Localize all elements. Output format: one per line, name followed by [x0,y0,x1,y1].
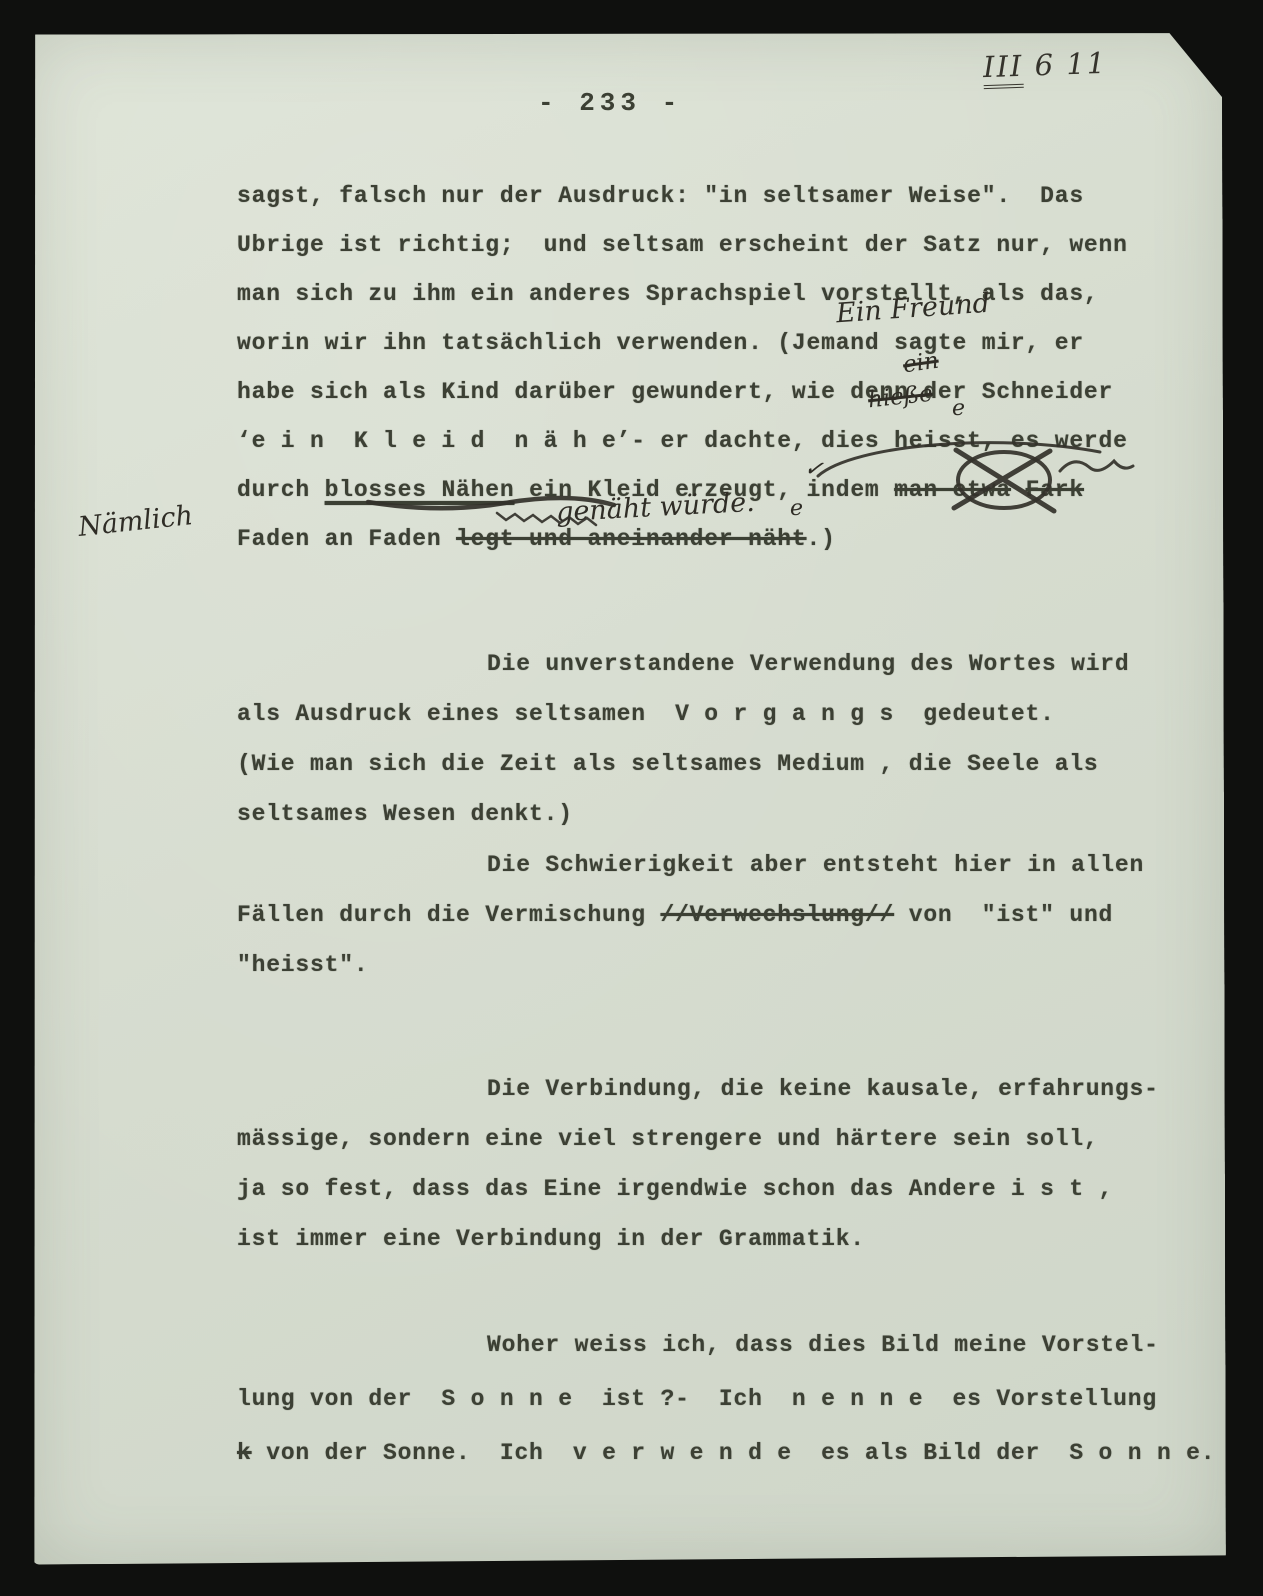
typed-paragraph: Die Schwierigkeit aber entsteht hier in … [237,840,1144,990]
typed-line: k von der Sonne. Ich v e r w e n d e es … [237,1426,1215,1480]
typed-line: man sich zu ihm ein anderes Sprachspiel … [237,270,1128,319]
typed-segment [1011,477,1026,503]
typed-segment: (Wie man sich die Zeit als seltsames Med… [237,751,1099,777]
typed-line: "heisst". [237,940,1144,990]
typed-segment: worin wir ihn tatsächlich verwenden. (Je… [237,330,1084,356]
typed-segment-strike: Fark [1026,477,1084,503]
typed-line: Faden an Faden legt und aneinander näht.… [237,515,1128,564]
typed-segment: Fällen durch die Vermischung [237,902,660,928]
typed-line: Die unverstandene Verwendung des Wortes … [237,639,1130,689]
typed-segment: ja so fest, dass das Eine irgendwie scho… [237,1176,1113,1202]
typed-segment: seltsames Wesen denkt.) [237,801,573,827]
note-e-over-naeht: e [790,498,803,520]
typed-paragraph: Woher weiss ich, dass dies Bild meine Vo… [237,1318,1215,1480]
archive-mark-rest: 6 11 [1023,46,1108,83]
typed-line: sagst, falsch nur der Ausdruck: "in selt… [237,172,1128,221]
typed-segment: mässige, sondern eine viel strengere und… [237,1126,1099,1152]
typed-line: ja so fest, dass das Eine irgendwie scho… [237,1164,1159,1214]
typed-line: (Wie man sich die Zeit als seltsames Med… [237,739,1130,789]
typed-segment: Woher weiss ich, dass dies Bild meine Vo… [487,1332,1159,1358]
typed-segment-underline: blosses Nähen [325,477,515,503]
typed-line: seltsames Wesen denkt.) [237,789,1130,839]
typed-segment: Die unverstandene Verwendung des Wortes … [487,651,1130,677]
typed-segment: Ubrige ist richtig; und seltsam erschein… [237,232,1128,258]
typed-segment: ist immer eine Verbindung in der Grammat… [237,1226,865,1252]
note-insertion-caret: ✓ [802,457,824,482]
typed-line: ‘e i n K l e i d n ä h e’- er dachte, di… [237,417,1128,466]
page-number: - 233 - [538,88,682,118]
typed-segment: Die Schwierigkeit aber entsteht hier in … [487,852,1144,878]
archive-mark: III 6 11 [982,46,1107,84]
typed-line: lung von der S o n n e ist ?- Ich n e n … [237,1372,1215,1426]
typed-segment: als Ausdruck eines seltsamen V o r g a n… [237,701,1055,727]
typed-segment-strike: //Verwechslung// [660,902,894,928]
typed-segment: habe sich als Kind darüber gewundert, wi… [237,379,1113,405]
typed-line: mässige, sondern eine viel strengere und… [237,1114,1159,1164]
note-e-over-heisst: e [952,398,965,420]
typed-segment: Faden an Faden [237,526,456,552]
typed-segment: sagst, falsch nur der Ausdruck: "in selt… [237,183,1084,209]
typed-line: Die Schwierigkeit aber entsteht hier in … [237,840,1144,890]
archive-mark-roman: III [982,49,1024,89]
typed-segment: Die Verbindung, die keine kausale, erfah… [487,1076,1159,1102]
typed-segment-strike: legt und aneinander näht [456,526,806,552]
typed-line: Fällen durch die Vermischung //Verwechsl… [237,890,1144,940]
typed-segment-strike: man etwa [894,477,1011,503]
typed-line: als Ausdruck eines seltsamen V o r g a n… [237,689,1130,739]
typed-line: Ubrige ist richtig; und seltsam erschein… [237,221,1128,270]
typed-line: habe sich als Kind darüber gewundert, wi… [237,368,1128,417]
typed-segment: lung von der S o n n e ist ?- Ich n e n … [237,1386,1157,1412]
typed-line: Woher weiss ich, dass dies Bild meine Vo… [237,1318,1215,1372]
typed-line: Die Verbindung, die keine kausale, erfah… [237,1064,1159,1114]
typed-paragraph: Die Verbindung, die keine kausale, erfah… [237,1064,1159,1264]
typed-segment: von "ist" und [894,902,1113,928]
typed-line: ist immer eine Verbindung in der Grammat… [237,1214,1159,1264]
typed-segment: ‘e i n K l e i d n ä h e’- er dachte, di… [237,428,1128,454]
typed-line: worin wir ihn tatsächlich verwenden. (Je… [237,319,1128,368]
scanned-typescript-page: { "header": { "archive_mark_roman": "III… [0,0,1263,1596]
note-ein-struck: ein [902,350,941,378]
typed-segment: durch [237,477,325,503]
typed-segment-strike: k [237,1440,252,1466]
typed-segment: von der Sonne. Ich v e r w e n d e es al… [252,1440,1216,1466]
typed-segment: "heisst". [237,952,368,978]
typed-segment: .) [807,526,836,552]
typed-paragraph: Die unverstandene Verwendung des Wortes … [237,639,1130,839]
